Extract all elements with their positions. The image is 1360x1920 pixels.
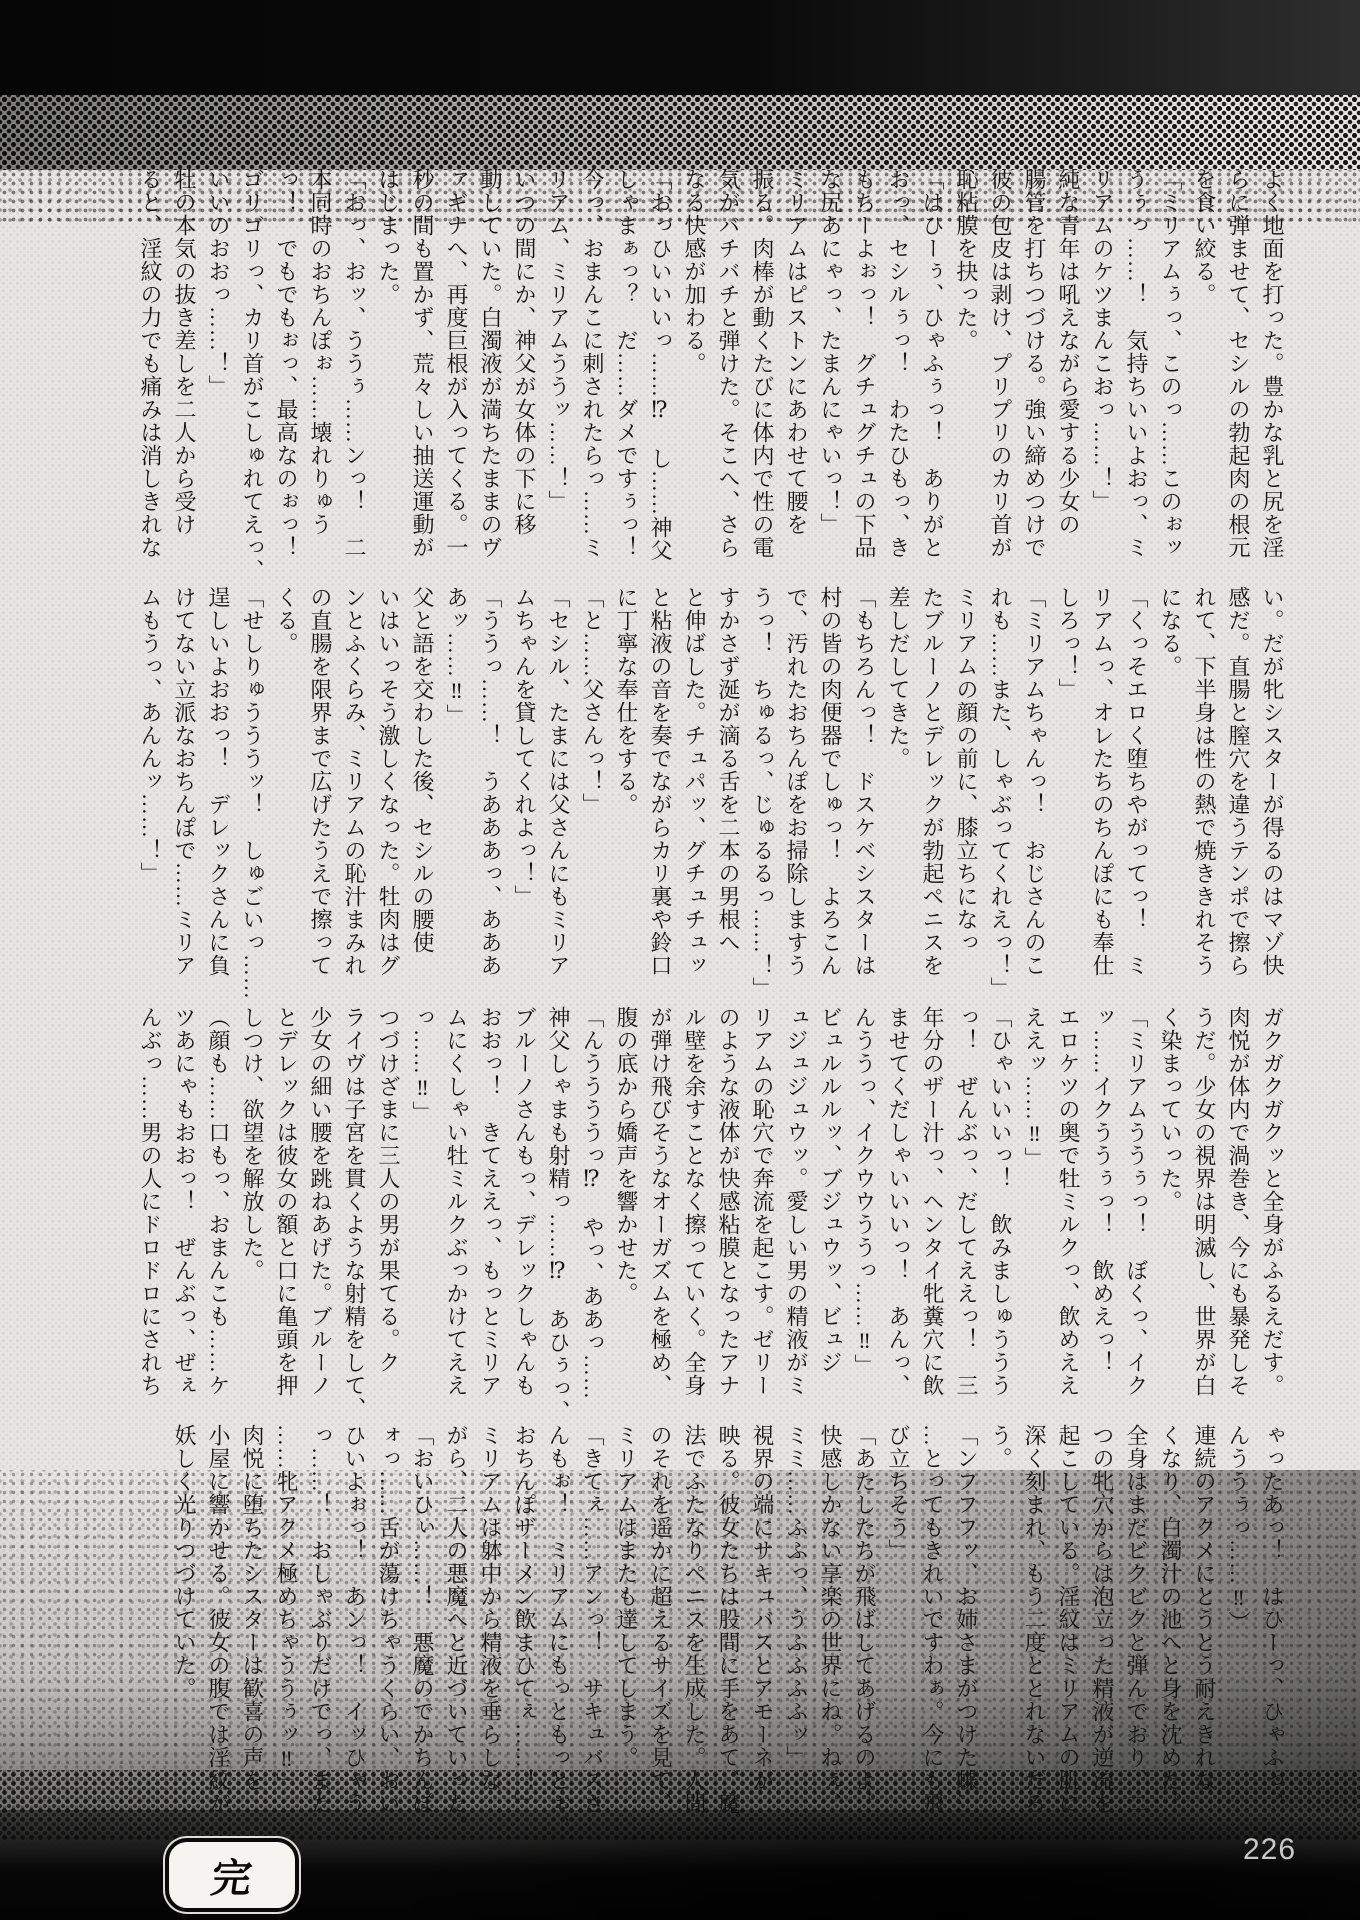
text-column: ビュルルルッ、ブジュウッ、ビュジ: [813, 1006, 847, 1408]
text-column: 恥粘膜を抉った。: [949, 168, 983, 570]
text-column: ライヴは子宮を貫くような射精をして、: [337, 1006, 371, 1408]
text-column: 「ううっ……！ うあああっ、あああ: [473, 586, 507, 988]
text-column: うぅっ……！ 気持ちいいよおっ、ミ: [1119, 168, 1153, 570]
text-column: 振る。肉棒が動くたびに体内で性の電: [745, 168, 779, 570]
text-column: おちんぽザーメン飲まひてぇ……！」: [507, 1424, 541, 1826]
text-band-3: ガクガクガクッと全身がふるえだす。肉悦が体内で渦巻き、今にも暴発しそうだ。少女の…: [133, 1006, 1289, 1410]
text-column: 肉悦が体内で渦巻き、今にも暴発しそ: [1221, 1006, 1255, 1408]
text-column: 純な青年は吼えながら愛する少女の: [1051, 168, 1085, 570]
text-column: ると、淫紋の力でも痛みは消しきれな: [133, 168, 167, 570]
text-column: なる快感が加わる。: [677, 168, 711, 570]
text-column: んううぅっ……‼）: [1221, 1424, 1255, 1826]
text-column: リアムのケツまんこおっ……！」: [1085, 168, 1119, 570]
text-column: い。だが牝シスターが得るのはマゾ快: [1255, 586, 1289, 988]
text-column: 映る。彼女たちは股間に手をあて、魔: [711, 1424, 745, 1826]
text-column: ガクガクガクッと全身がふるえだす。: [1255, 1006, 1289, 1408]
text-column: もちーよぉっ！ グチュグチュの下品: [847, 168, 881, 570]
text-column: ンとふくらみ、ミリアムの恥汁まみれ: [337, 586, 371, 988]
text-column: っ……！ おしゃぶりだけでっ、また: [303, 1424, 337, 1826]
text-column: 差しだしてきた。: [881, 586, 915, 988]
text-column: くなり、白濁汁の池へと身を沈めた。: [1153, 1424, 1187, 1826]
text-column: ミリアムの顔の前に、膝立ちになっ: [949, 586, 983, 988]
text-column: ムにくしゃい牡ミルクぶっかけてええ: [439, 1006, 473, 1408]
text-column: 少女の細い腰を跳ねあげた。ブルーノ: [303, 1006, 337, 1408]
text-column: っ……‼」: [405, 1006, 439, 1408]
text-column: つづけざまに三人の男が果てる。ク: [371, 1006, 405, 1408]
text-column: 年分のザー汁っ、ヘンタイ牝糞穴に飲: [915, 1006, 949, 1408]
text-column: しろっ！」: [1051, 586, 1085, 988]
text-column: ミリアムはまたも達してしまう。: [609, 1424, 643, 1826]
text-column: んぶっ……男の人にドロドロにされち: [133, 1006, 167, 1408]
text-column: ムちゃんを貸してくれよっ！」: [507, 586, 541, 988]
text-column: ええッ……‼」: [1017, 1006, 1051, 1408]
text-column: 起こしている。淫紋はミリアムの肌に: [1051, 1424, 1085, 1826]
text-column: 「と……父さんっ！」: [575, 586, 609, 988]
text-band-1: よく地面を打った。豊かな乳と尻を淫らに弾ませて、セシルの勃起肉の根元を食い絞る。…: [133, 168, 1289, 572]
text-column: いいのおおっ……！」: [201, 168, 235, 570]
text-column: 「もちろんっ！ ドスケベシスターは: [847, 586, 881, 988]
text-column: の直腸を限界まで広げたうえで擦って: [303, 586, 337, 988]
text-column: 連続のアクメにとうとう耐えきれな: [1187, 1424, 1221, 1826]
text-column: 「ミリアムぅっ、このっ……このぉッ: [1153, 168, 1187, 570]
text-column: ませてくだしゃいいいっ！ あんっ、: [881, 1006, 915, 1408]
text-column: リアムの恥穴で奔流を起こす。ゼリー: [745, 1006, 779, 1408]
text-column: と粘液の音を奏でながらカリ裏や鈴口: [643, 586, 677, 988]
text-column: っ！ でもでもぉっ、最高なのぉっ！: [269, 168, 303, 570]
text-column: ……牝アクメ極めちゃううぅッ‼」: [269, 1424, 303, 1826]
text-column: 「おっひいいいっ……⁉ し……神父: [643, 168, 677, 570]
text-column: ブルーノさんもっ、デレックしゃんも: [507, 1006, 541, 1408]
text-column: 肉悦に堕ちたシスターは歓喜の声を: [235, 1424, 269, 1826]
text-column: で、汚れたおちんぽをお掃除しますう: [779, 586, 813, 988]
text-column: 妖しく光りつづけていた。: [167, 1424, 201, 1826]
text-column: あッ……‼」: [439, 586, 473, 988]
text-column: ル壁を余すことなく擦っていく。全身: [677, 1006, 711, 1408]
text-column: が弾け飛びそうなオーガズムを極め、: [643, 1006, 677, 1408]
text-column: ッ……イクううぅっ！ 飲めえっ！: [1085, 1006, 1119, 1408]
text-column: 動していた。白濁液が満ちたままのヴ: [473, 168, 507, 570]
text-column: くる。: [269, 586, 303, 988]
text-column: はじまった。: [371, 168, 405, 570]
text-column: エロケツの奥で牡ミルクっ、飲めええ: [1051, 1006, 1085, 1408]
text-column: 深く刻まれ、もう二度ととれないだろ: [1017, 1424, 1051, 1826]
text-column: 「あたしたちが飛ばしてあげるのよ。: [847, 1424, 881, 1826]
text-column: 今っ、おまんこに刺されたらっ……ミ: [575, 168, 609, 570]
text-column: れも……また、しゃぶってくれえっ！」: [983, 586, 1017, 988]
end-mark-label: 完: [208, 1847, 256, 1904]
text-column: 感だ。直腸と膣穴を違うテンポで擦ら: [1221, 586, 1255, 988]
text-column: ひいよぉっ！ あンっ！ イッひゃう: [337, 1424, 371, 1826]
text-column: 快感しかない享楽の世界にね。ねぇ、: [813, 1424, 847, 1826]
text-column: 神父しゃまも射精っ……⁉ あひぅっ、: [541, 1006, 575, 1408]
text-column: たブルーノとデレックが勃起ペニスを: [915, 586, 949, 988]
text-column: 気がバチバチと弾けた。そこへ、さら: [711, 168, 745, 570]
text-column: うっ！ ちゅるっ、じゅるるっ……！」: [745, 586, 779, 988]
text-column: 「せしりゅうううッ！ しゅごいっ……: [235, 586, 269, 988]
text-column: しゃまぁっ？ だ……ダメですぅっ！: [609, 168, 643, 570]
text-column: 「ひゃいいいっ！ 飲みましゅううう: [983, 1006, 1017, 1408]
text-band-2: い。だが牝シスターが得るのはマゾ快感だ。直腸と膣穴を違うテンポで擦られて、下半身…: [133, 586, 1289, 990]
text-column: う。: [983, 1424, 1017, 1826]
text-column: 秒の間も置かず、荒々しい抽送運動が: [405, 168, 439, 570]
text-column: に丁寧な奉仕をする。: [609, 586, 643, 988]
text-column: れて、下半身は性の熱で焼ききれそう: [1187, 586, 1221, 988]
top-halftone-dots-dense: [0, 95, 1360, 170]
text-column: うだ。少女の視界は明滅し、世界が白: [1187, 1006, 1221, 1408]
text-column: になる。: [1153, 586, 1187, 988]
text-column: 本同時のおちんぽぉ……壊れりゅう: [303, 168, 337, 570]
text-column: と伸ばした。チュパッ、グチュチュッ: [677, 586, 711, 988]
text-column: ミミ……ふふっ、うふふふふッ」: [779, 1424, 813, 1826]
text-column: を食い絞る。: [1187, 168, 1221, 570]
text-column: …とってもきれいですわぁ。今にも飛: [915, 1424, 949, 1826]
text-column: 「ミリアムううぅっ！ ぼくっ、イク: [1119, 1006, 1153, 1408]
text-column: 「ンフフフッ、お姉さまがつけた蝶…: [949, 1424, 983, 1826]
text-column: いはいっそう激しくなった。牡肉はグ: [371, 586, 405, 988]
text-column: ァギナへ、再度巨根が入ってくる。一: [439, 168, 473, 570]
text-column: ツあにゃもおおっ！ ぜんぶっ、ぜぇ: [167, 1006, 201, 1408]
text-column: 牡の本気の抜き差しを二人から受け: [167, 168, 201, 570]
text-column: 彼の包皮は剥け、プリプリのカリ首が: [983, 168, 1017, 570]
text-column: 視界の端にサキュバスとアモーネが: [745, 1424, 779, 1826]
text-column: 「んううううっ⁉ やっ、ああっ……: [575, 1006, 609, 1408]
text-column: 「はひーぅ、ひゃふぅっ！ ありがと: [915, 168, 949, 570]
text-column: 「セシル、たまには父さんにもミリア: [541, 586, 575, 988]
text-column: び立ちそう」: [881, 1424, 915, 1826]
text-column: とデレックは彼女の額と口に亀頭を押: [269, 1006, 303, 1408]
text-column: すかさず涎が滴る舌を二本の男根へ: [711, 586, 745, 988]
text-column: おおっ！ きてええっ、もっとミリア: [473, 1006, 507, 1408]
text-column: らに弾ませて、セシルの勃起肉の根元: [1221, 168, 1255, 570]
text-column: 腸管を打ちつづける。強い締めつけで: [1017, 168, 1051, 570]
text-column: 「くっそエロく堕ちやがってっ！ ミ: [1119, 586, 1153, 988]
top-dark-halftone-art: [0, 0, 1360, 95]
text-column: ォっ……舌が蕩けちゃうくらい、おい: [371, 1424, 405, 1826]
text-column: おっ、セシルぅっ！ わたひもっ、き: [881, 168, 915, 570]
text-column: ゃったあっ！ はひーっ、ひゃふっ、: [1255, 1424, 1289, 1826]
text-column: 「おっ、おッ、ううぅ……ンっ！ 二: [337, 168, 371, 570]
text-column: しつけ、欲望を解放した。: [235, 1006, 269, 1408]
text-column: 「おいひぃ……！ 悪魔のでかちんぽ: [405, 1424, 439, 1826]
text-column: んもぉ！ ミリアムにもっともっとぉ、: [541, 1424, 575, 1826]
text-column: 「きてぇ……アンっ！ サキュバスさ: [575, 1424, 609, 1826]
text-column: んううっ、イクウウううっ……‼」: [847, 1006, 881, 1408]
text-band-4: ゃったあっ！ はひーっ、ひゃふっ、んううぅっ……‼）連続のアクメにとうとう耐えき…: [167, 1424, 1289, 1828]
text-column: く染まっていった。: [1153, 1006, 1187, 1408]
text-column: のそれを遥かに超えるサイズを見て、: [643, 1424, 677, 1826]
text-column: ミリアムはピストンにあわせて腰を: [779, 168, 813, 570]
text-column: 法でふたなりペニスを生成した。人間: [677, 1424, 711, 1826]
text-column: 小屋に響かせる。彼女の腹では淫紋が: [201, 1424, 235, 1826]
text-column: 父と語を交わした後、セシルの腰使: [405, 586, 439, 988]
text-column: ミリアムは躰中から精液を垂らしな: [473, 1424, 507, 1826]
text-column: （顔も……口もっ、おまんこも……ケ: [201, 1006, 235, 1408]
text-column: 村の皆の肉便器でしゅっ！ よろこん: [813, 586, 847, 988]
text-column: いつの間にか、神父が女体の下に移: [507, 168, 541, 570]
end-mark-box: 完: [165, 1838, 299, 1912]
text-column: 腹の底から嬌声を響かせた。: [609, 1006, 643, 1408]
text-column: ュジュジュウッ。愛しい男の精液がミ: [779, 1006, 813, 1408]
text-column: 逞しいよおおっ！ デレックさんに負: [201, 586, 235, 988]
text-column: がら、二人の悪魔へと近づいていった。: [439, 1424, 473, 1826]
text-column: けてない立派なおちんぽで……ミリア: [167, 586, 201, 988]
text-column: リアムっ、オレたちのちんぽにも奉仕: [1085, 586, 1119, 988]
text-column: よく地面を打った。豊かな乳と尻を淫: [1255, 168, 1289, 570]
text-column: つの牝穴からは泡立った精液が逆流を: [1085, 1424, 1119, 1826]
text-column: な尻あにゃっ、たまんにゃいっ！」: [813, 168, 847, 570]
text-column: 「ミリアムちゃんっ！ おじさんのこ: [1017, 586, 1051, 988]
page-number: 226: [1243, 1833, 1296, 1867]
text-column: ゴリゴリっ、カリ首がこしゅれてえっ、: [235, 168, 269, 570]
text-column: ムもうっ、あんんッ……！」: [133, 586, 167, 988]
text-column: のような液体が快感粘膜となったアナ: [711, 1006, 745, 1408]
text-column: 全身はまだビクビクと弾んでおり、二: [1119, 1424, 1153, 1826]
text-column: っ！ ぜんぶっ、だしてええっ！ 三: [949, 1006, 983, 1408]
text-column: リアム、ミリアムううッ……！」: [541, 168, 575, 570]
